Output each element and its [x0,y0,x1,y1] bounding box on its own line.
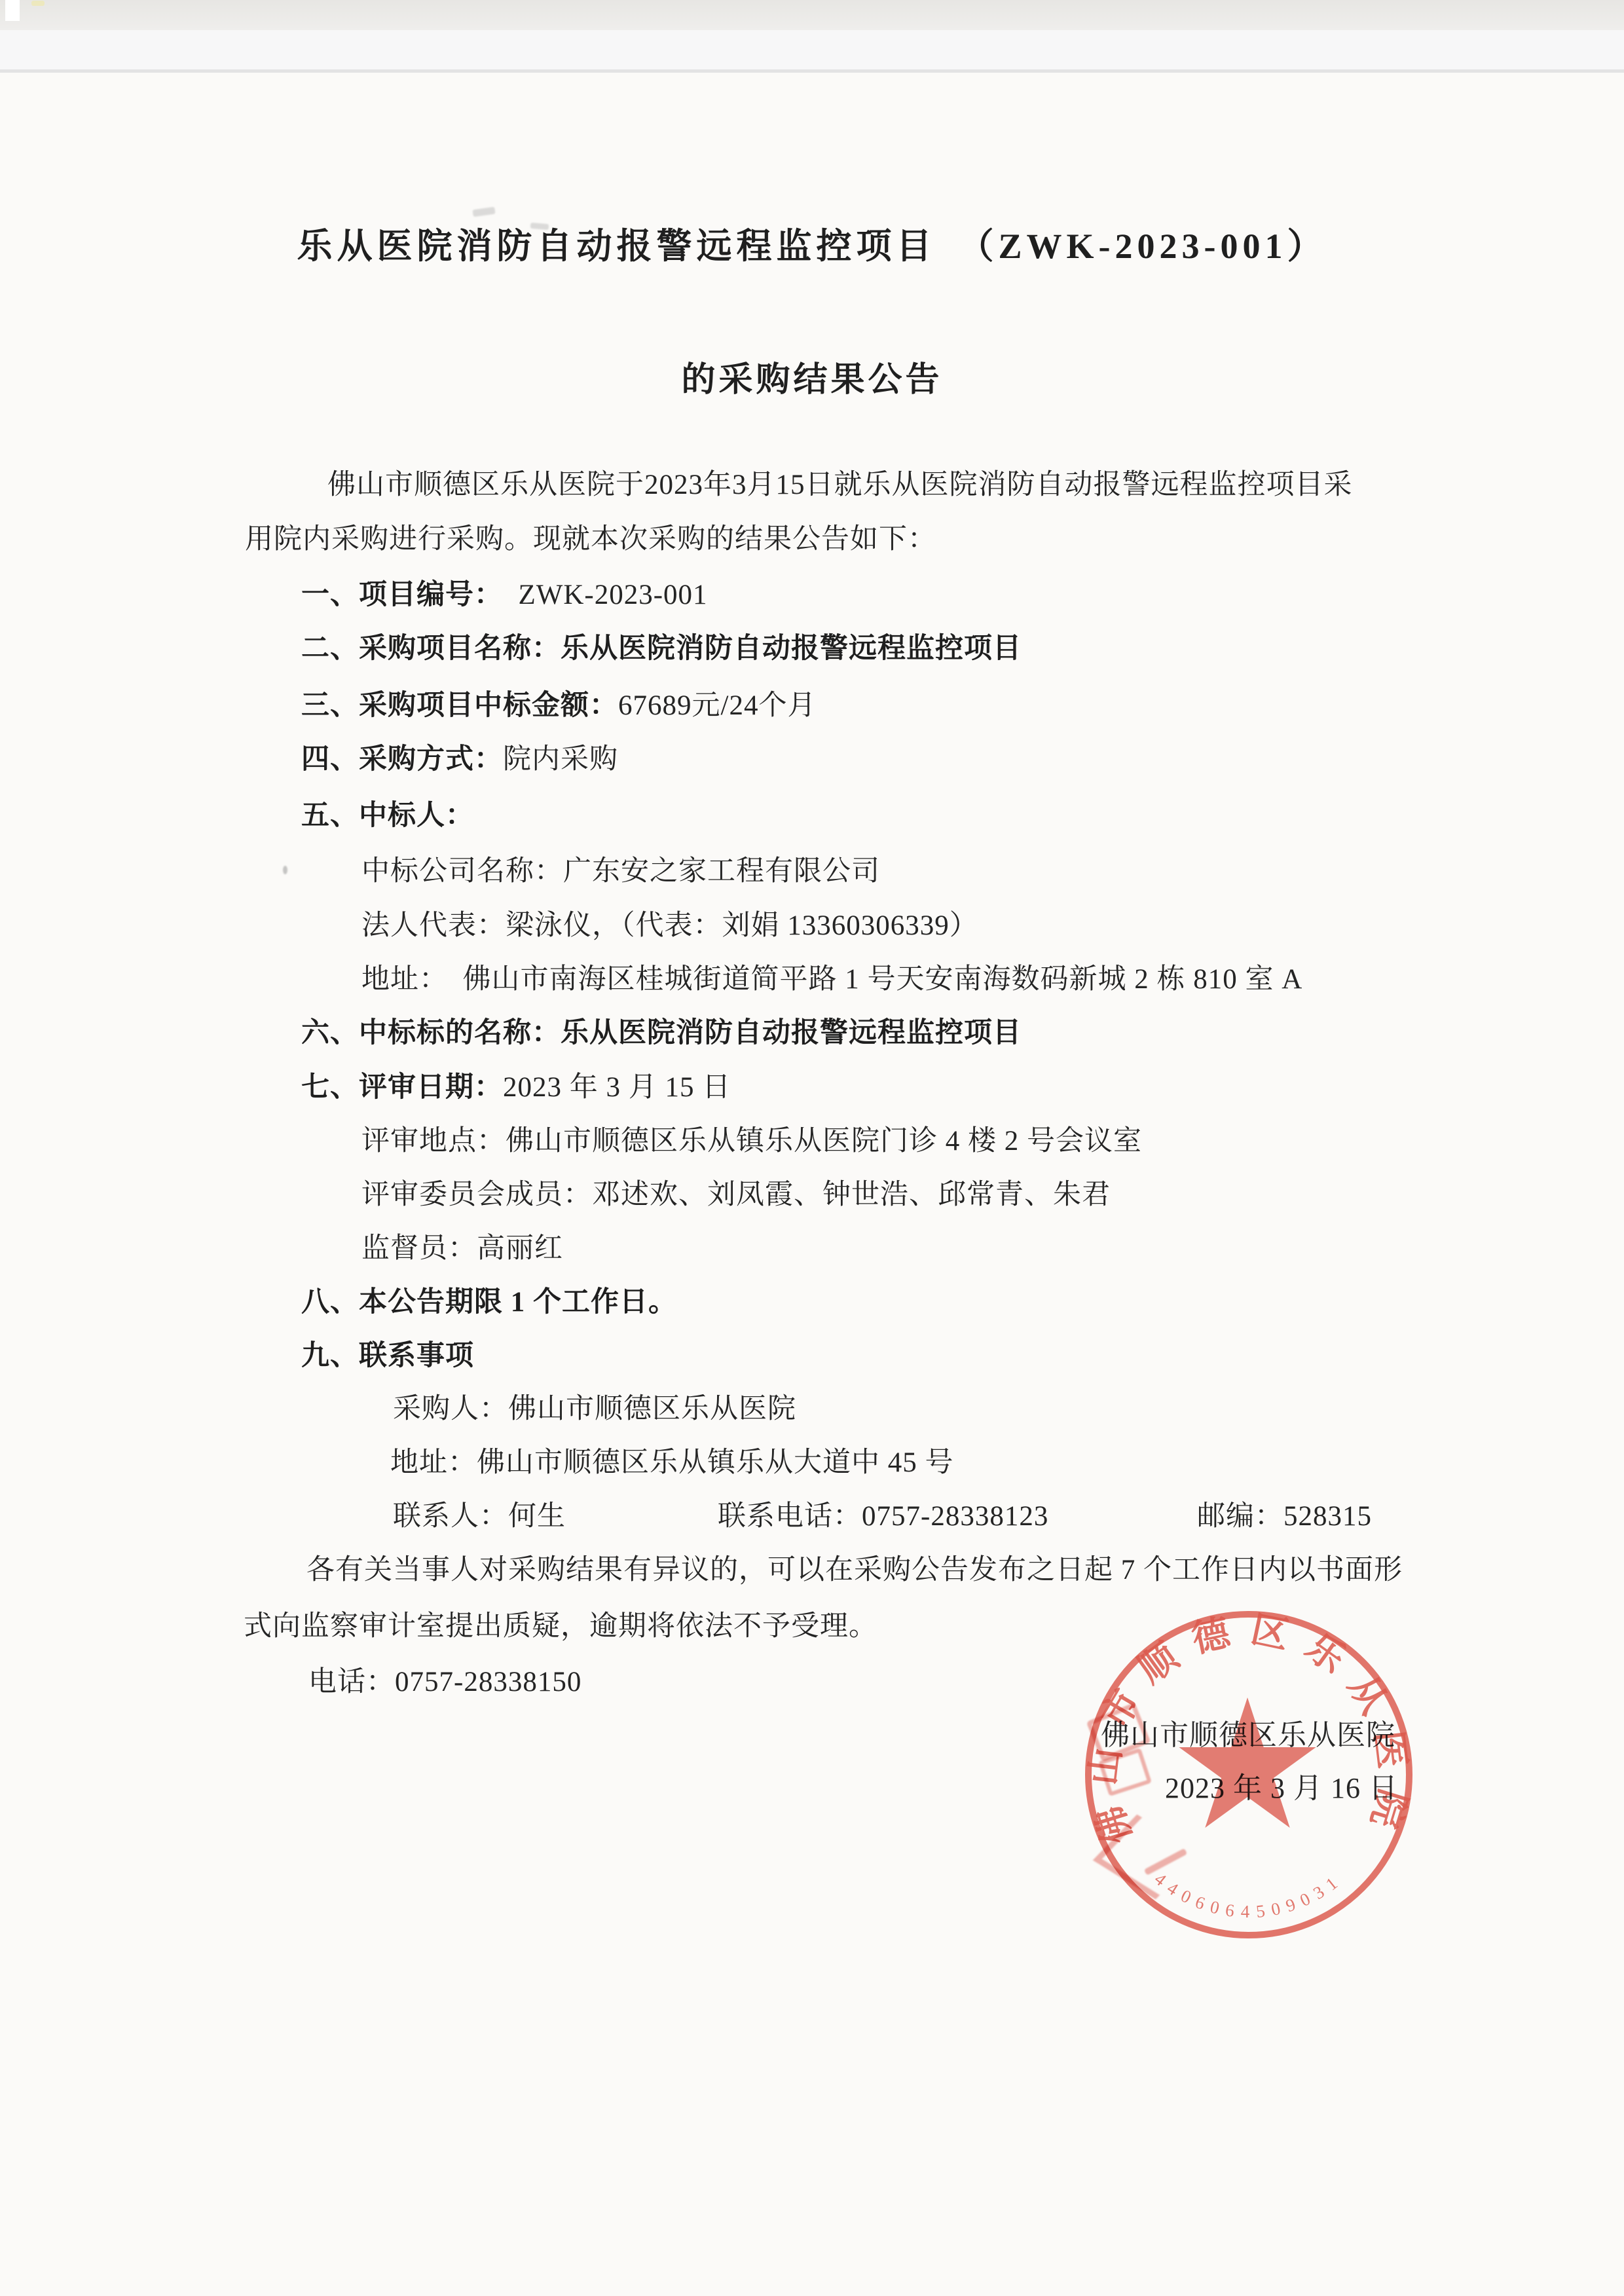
contact-phone: 联系电话：0757-28338123 [718,1500,1048,1532]
item-2-label: 二、采购项目名称： [301,633,561,664]
item-4-value: 院内采购 [503,744,618,775]
seal-star [1179,1697,1316,1828]
scan-artifact-sub-band [0,30,1624,69]
seal-serial-number: 4406064509031 [1151,1869,1346,1921]
item-5-winner: 五、中标人： [301,800,474,832]
scan-artifact-smudge [472,207,495,217]
item-3-award-amount: 三、采购项目中标金额：67689元/24个月 [301,690,816,722]
scan-artifact-dot [283,866,287,874]
item-2-value: 乐从医院消防自动报警远程监控项目 [561,633,1022,664]
contact-person: 联系人：何生 [393,1500,566,1532]
item-4-label: 四、采购方式： [301,744,503,775]
item-2-project-name: 二、采购项目名称：乐从医院消防自动报警远程监控项目 [301,633,1022,665]
item-1-value: ZWK-2023-001 [503,580,708,610]
item-3-label: 三、采购项目中标金额： [301,690,618,721]
item-9-contact-matters: 九、联系事项 [301,1340,474,1372]
objection-line-2: 式向监察审计室提出质疑，逾期将依法不予受理。 [244,1610,877,1642]
scan-artifact-notch [5,0,20,21]
scanned-document-page: 乐从医院消防自动报警远程监控项目 （ZWK-2023-001） 的采购结果公告 … [0,0,1624,2296]
item-7-review-place: 评审地点：佛山市顺德区乐从镇乐从医院门诊 4 楼 2 号会议室 [361,1125,1142,1157]
item-5-company: 中标公司名称：广东安之家工程有限公司 [361,855,880,887]
postal-code: 邮编：528315 [1197,1500,1372,1532]
item-8-notice-period: 八、本公告期限 1 个工作日。 [301,1286,677,1318]
document-subtitle: 的采购结果公告 [0,352,1624,401]
item-7-supervisor: 监督员：高丽红 [361,1232,563,1265]
item-7-value: 2023 年 3 月 15 日 [503,1072,731,1103]
item-1-project-number: 一、项目编号： ZWK-2023-001 [301,579,708,611]
item-1-label: 一、项目编号： [301,580,503,610]
objection-phone: 电话：0757-28338150 [308,1666,581,1698]
item-5-legal-representative: 法人代表：梁泳仪，（代表：刘娟 13360306339） [361,910,978,942]
objection-line-1: 各有关当事人对采购结果有异议的，可以在采购公告发布之日起 7 个工作日内以书面形 [306,1554,1403,1586]
scan-artifact-top-band [0,0,1624,30]
scan-artifact-speck [31,1,45,6]
scan-artifact-line [0,69,1624,73]
item-6-label: 六、中标标的名称： [301,1018,561,1048]
item-3-value: 67689元/24个月 [618,690,816,721]
item-6-bid-name: 六、中标标的名称：乐从医院消防自动报警远程监控项目 [301,1017,1022,1049]
item-9-address: 地址：佛山市顺德区乐从镇乐从大道中 45 号 [390,1447,954,1479]
item-9-buyer: 采购人：佛山市顺德区乐从医院 [393,1393,796,1425]
svg-text:4406064509031: 4406064509031 [1151,1869,1346,1921]
intro-line-2: 用院内采购进行采购。现就本次采购的结果公告如下： [245,523,936,555]
intro-line-1: 佛山市顺德区乐从医院于2023年3月15日就乐从医院消防自动报警远程监控项目采 [327,469,1353,501]
item-5-label: 五、中标人： [301,800,474,831]
item-7-committee: 评审委员会成员：邓述欢、刘凤霞、钟世浩、邱常青、朱君 [361,1179,1111,1211]
item-5-address: 地址： 佛山市南海区桂城街道简平路 1 号天安南海数码新城 2 栋 810 室 … [361,963,1302,995]
item-6-value: 乐从医院消防自动报警远程监控项目 [561,1018,1022,1048]
document-title: 乐从医院消防自动报警远程监控项目 （ZWK-2023-001） [0,218,1624,268]
item-4-procurement-method: 四、采购方式：院内采购 [301,743,618,775]
item-7-review-date: 七、评审日期：2023 年 3 月 15 日 [301,1071,731,1103]
item-7-label: 七、评审日期： [301,1072,503,1103]
